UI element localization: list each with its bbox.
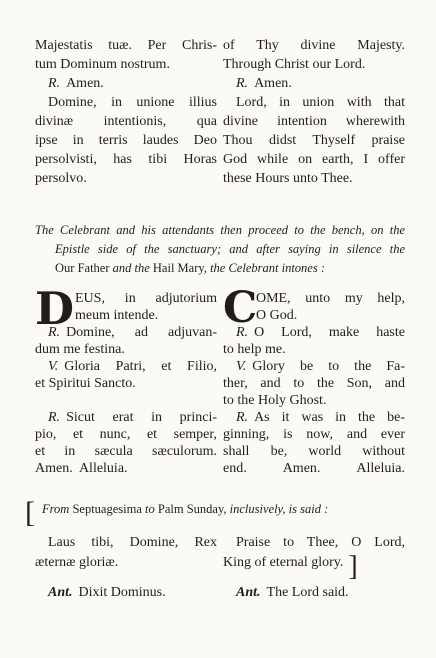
response-marker: R. [236, 410, 248, 425]
antiphon-marker: Ant. [48, 585, 73, 600]
dropcap-paragraph: C OME, unto my help, O God. [223, 290, 405, 324]
versicle-marker: V. [236, 359, 246, 374]
union-prayer-section: Majestatis tuæ. Per Chris- tum Dominum n… [35, 36, 405, 188]
text-line: et in sæcula sæculorum. [35, 443, 217, 460]
text-line: King of eternal glory.] [223, 553, 405, 573]
latin-column: Laus tibi, Domine, Rex æternæ gloriæ. [35, 533, 217, 573]
rubric-italic-text: the Celebrant intones : [207, 261, 325, 275]
deus-section: D EUS, in adjutorium meum intende. R.Dom… [35, 290, 405, 409]
rubric-roman-text: Our Father [55, 261, 110, 275]
text-line: ther, and to the Son, and [223, 375, 405, 392]
rubric-roman-text: Hail Mary, [153, 261, 207, 275]
response-line: R.Amen. [223, 74, 405, 93]
text-line: these Hours unto Thee. [223, 169, 405, 188]
text-line: Praise to Thee, O Lord, [223, 533, 405, 553]
versicle-marker: V. [48, 359, 58, 374]
response-text: O Lord, make haste [254, 325, 405, 340]
text-line: to help me. [223, 341, 405, 358]
dropcap-paragraph: D EUS, in adjutorium meum intende. [35, 290, 217, 324]
antiphon-line: Ant.The Lord said. [223, 583, 405, 603]
response-line: R.O Lord, make haste [223, 324, 405, 341]
text-line: Laus tibi, Domine, Rex [35, 533, 217, 553]
text-line: persolvisti, has tibi Horas [35, 150, 217, 169]
rubric-italic-text: to [145, 502, 158, 516]
response-text: As it was in the be- [254, 410, 405, 425]
english-column: Praise to Thee, O Lord, King of eternal … [223, 533, 405, 573]
versicle-text: Gloria Patri, et Filio, [64, 359, 217, 374]
english-column: C OME, unto my help, O God. R.O Lord, ma… [223, 290, 405, 409]
versicle-line: V.Gloria Patri, et Filio, [35, 358, 217, 375]
response-text: Sicut erat in princi- [66, 410, 217, 425]
english-column: of Thy divine Majesty. Through Christ ou… [223, 36, 405, 188]
opening-bracket: [ [25, 508, 35, 518]
text-line: Amen. Alleluia. [35, 460, 217, 477]
antiphon-section: Ant.Dixit Dominus. Ant.The Lord said. [35, 583, 405, 603]
text-line: Domine, in unione illius [35, 93, 217, 112]
rubric-italic-text: From [42, 502, 72, 516]
response-line: R.Sicut erat in princi- [35, 409, 217, 426]
rubric-line: Epistle side of the sanctuary; and after… [35, 240, 405, 259]
antiphon-text: Dixit Dominus. [79, 585, 166, 600]
english-column: Ant.The Lord said. [223, 583, 405, 603]
response-marker: R. [236, 325, 248, 340]
text-line: et Spiritui Sancto. [35, 375, 217, 392]
versicle-line: V.Glory be to the Fa- [223, 358, 405, 375]
text-line: æternæ gloriæ. [35, 553, 217, 573]
latin-column: R.Sicut erat in princi- pio, et nunc, et… [35, 409, 217, 477]
text-line: end. Amen. Alleluia. [223, 460, 405, 477]
response-text: Domine, ad adjuvan- [66, 325, 217, 340]
response-line: R.As it was in the be- [223, 409, 405, 426]
text-line: to the Holy Ghost. [223, 392, 405, 409]
response-text: Amen. [254, 76, 292, 91]
laus-tibi-section: Laus tibi, Domine, Rex æternæ gloriæ. Pr… [35, 533, 405, 573]
latin-column: Majestatis tuæ. Per Chris- tum Dominum n… [35, 36, 217, 188]
dropcap-initial: C [223, 290, 256, 324]
text-line: of Thy divine Majesty. [223, 36, 405, 55]
gloria-response-section: R.Sicut erat in princi- pio, et nunc, et… [35, 409, 405, 477]
text-line: persolvo. [35, 169, 217, 188]
rubric-italic-text: inclusively, is said : [230, 502, 329, 516]
dropcap-initial: D [35, 290, 75, 324]
closing-bracket: ] [348, 562, 357, 572]
text-segment: King of eternal glory. [223, 555, 343, 570]
response-marker: R. [236, 76, 248, 91]
response-text: Amen. [66, 76, 104, 91]
response-marker: R. [48, 410, 60, 425]
text-line: divine intention wherewith [223, 112, 405, 131]
text-line: God while on earth, I offer [223, 150, 405, 169]
rubric-line: Our Father and the Hail Mary, the Celebr… [35, 259, 405, 278]
response-marker: R. [48, 76, 60, 91]
rubric-line: The Celebrant and his attendants then pr… [35, 221, 405, 240]
antiphon-marker: Ant. [236, 585, 261, 600]
text-line: tum Dominum nostrum. [35, 55, 217, 74]
text-line: dum me festina. [35, 341, 217, 358]
response-line: R.Amen. [35, 74, 217, 93]
septuagesima-rubric: [From Septuagesima to Palm Sunday, inclu… [0, 500, 436, 519]
text-line: Lord, in union with that [223, 93, 405, 112]
antiphon-text: The Lord said. [267, 585, 349, 600]
english-column: R.As it was in the be- ginning, is now, … [223, 409, 405, 477]
rubric-roman-text: Palm Sunday, [158, 502, 230, 516]
text-line: Majestatis tuæ. Per Chris- [35, 36, 217, 55]
response-marker: R. [48, 325, 60, 340]
rubric-roman-text: Septuagesima [72, 502, 145, 516]
text-line: divinæ intentionis, qua [35, 112, 217, 131]
antiphon-line: Ant.Dixit Dominus. [35, 583, 217, 603]
text-line: Through Christ our Lord. [223, 55, 405, 74]
response-line: R.Domine, ad adjuvan- [35, 324, 217, 341]
rubric: The Celebrant and his attendants then pr… [0, 221, 436, 278]
book-page: Majestatis tuæ. Per Chris- tum Dominum n… [0, 0, 436, 658]
text-line: ginning, is now, and ever [223, 426, 405, 443]
text-line: shall be, world without [223, 443, 405, 460]
text-line: Thou didst Thyself praise [223, 131, 405, 150]
latin-column: D EUS, in adjutorium meum intende. R.Dom… [35, 290, 217, 409]
text-line: ipse in terris laudes Deo [35, 131, 217, 150]
latin-column: Ant.Dixit Dominus. [35, 583, 217, 603]
versicle-text: Glory be to the Fa- [252, 359, 405, 374]
rubric-italic-text: and the [110, 261, 153, 275]
text-line: pio, et nunc, et semper, [35, 426, 217, 443]
